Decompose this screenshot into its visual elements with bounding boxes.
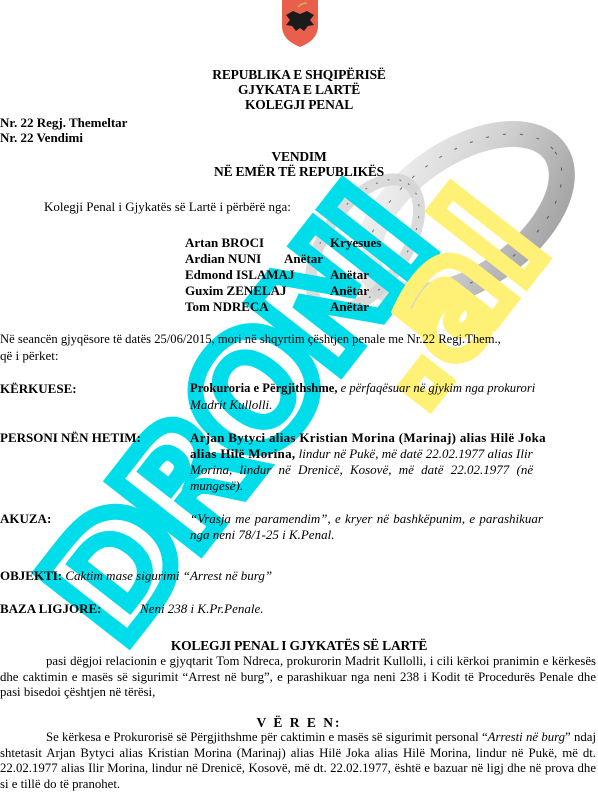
personi-birth: lindur në Pukë, më datë 22.02.1977 alias… (295, 446, 532, 461)
panel-member-role: Anëtar (330, 267, 369, 282)
finding-text-start: Se kërkesa e Prokurorisë së Përgjithshme… (46, 730, 488, 744)
session-text: Në seancën gjyqësore të datës 25/06/2015… (0, 332, 501, 347)
panel-member-name: Ardian NUNI (185, 251, 261, 266)
panel-member-role: Kryesues (330, 235, 381, 250)
panel-intro: Kolegji Penal i Gjykatës së Lartë i përb… (44, 199, 291, 214)
court-decision-document: REPUBLIKA E SHQIPËRISË GJYKATA E LARTË K… (0, 0, 598, 807)
reg-themeltar: Nr. 22 Regj. Themeltar (0, 115, 127, 130)
akuza-value: “Vrasja me paramendim”, e kryer në bashk… (190, 511, 543, 526)
panel-member-role: Anëtar (284, 251, 323, 266)
decision-subtitle: NË EMËR TË REPUBLIKËS (0, 164, 598, 179)
kerkuese-detail: e përfaqësuar në gjykim nga prokurori (338, 381, 536, 395)
panel-member-name: Artan BROCI (185, 235, 264, 250)
panel-member-name: Guxim ZENELAJ (185, 283, 287, 298)
decision-title: VENDIM (0, 149, 598, 164)
personi-alias: alias Hilë Morina, (190, 446, 295, 461)
header-court: GJYKATA E LARTË (0, 82, 598, 97)
kerkuese-value: Prokuroria e Përgjithshme, e përfaqësuar… (190, 381, 535, 396)
header-college: KOLEGJI PENAL (0, 97, 598, 112)
session-text-cont: që i përket: (0, 348, 58, 363)
kerkuese-name: Prokuroria e Përgjithshme, (190, 381, 338, 395)
personi-line2: alias Hilë Morina, lindur në Pukë, më da… (190, 446, 533, 461)
panel-member-name: Edmond ISLAMAJ (185, 267, 294, 282)
finding-measure: Arresti në burg (488, 730, 565, 744)
section-paragraph-finding: Se kërkesa e Prokurorisë së Përgjithshme… (0, 730, 596, 792)
reg-vendimi: Nr. 22 Vendimi (0, 130, 83, 145)
objekti-row: OBJEKTI: Caktim mase sigurimi “Arrest në… (0, 568, 272, 583)
akuza-value-cont: nga neni 78/1-25 i K.Penal. (190, 527, 334, 542)
section-paragraph-hearing: pasi dëgjoi relacionin e gjyqtarit Tom N… (0, 654, 596, 701)
label-objekti: OBJEKTI: (0, 568, 62, 583)
section-heading-college: KOLEGJI PENAL I GJYKATËS SË LARTË (0, 638, 598, 653)
personi-line4: mungesë). (190, 478, 243, 493)
personi-name: Arjan Bytyci alias Kristian Morina (Mari… (190, 430, 546, 445)
panel-member-name: Tom NDRECA (185, 299, 269, 314)
label-personi: PERSONI NËN HETIM: (0, 430, 141, 445)
label-kerkuese: KËRKUESE: (0, 381, 77, 396)
baza-ligjore-value: Neni 238 i K.Pr.Penale. (140, 601, 264, 616)
header-republic: REPUBLIKA E SHQIPËRISË (0, 67, 598, 82)
label-baza-ligjore: BAZA LIGJORE: (0, 601, 102, 616)
panel-member-role: Anëtar (330, 283, 369, 298)
kerkuese-prosecutor: Madrit Kullolli. (190, 397, 272, 412)
label-akuza: AKUZA: (0, 511, 51, 526)
objekti-value: Caktim mase sigurimi “Arrest në burg” (62, 568, 272, 583)
personi-line3: Morina, lindur në Drenicë, Kosovë, më da… (190, 462, 533, 477)
section-heading-veren: V Ë R E N: (0, 715, 598, 730)
panel-member-role: Anëtar (330, 299, 369, 314)
